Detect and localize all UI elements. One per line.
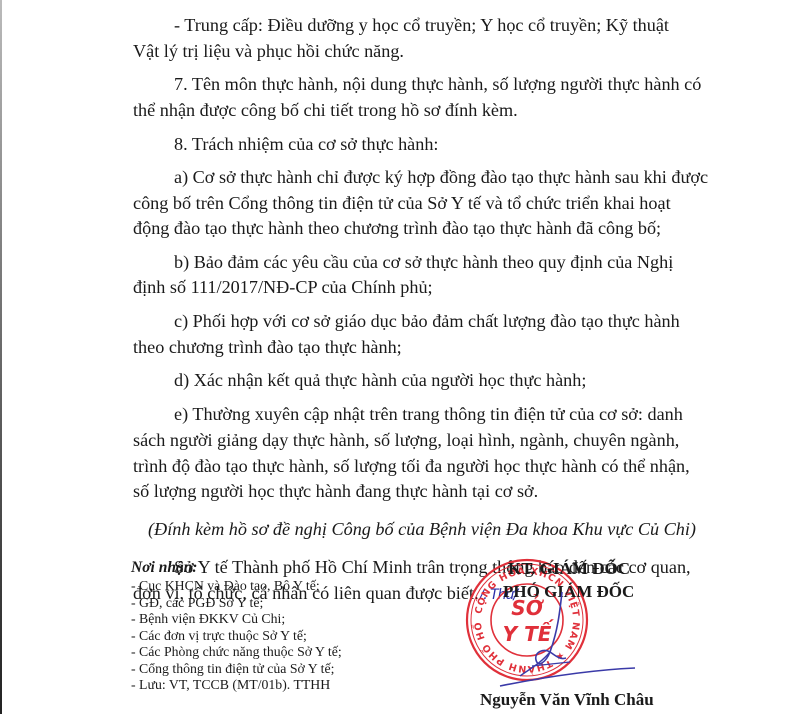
recipient-item: - Các đơn vị trực thuộc Sở Y tế;: [131, 628, 342, 645]
text-line: - Trung cấp: Điều dưỡng y học cổ truyền;…: [174, 14, 665, 36]
text-line: sách người giảng dạy thực hành, số lượng…: [133, 429, 665, 451]
signer-name: Nguyễn Văn Vĩnh Châu: [480, 690, 654, 710]
handwritten-signature-icon: [480, 590, 640, 690]
recipient-item: - Cổng thông tin điện tử của Sở Y tế;: [131, 661, 342, 678]
recipient-item: - Bệnh viện ĐKKV Củ Chi;: [131, 611, 342, 628]
signature-title-1: KT. GIÁM ĐỐC: [508, 559, 630, 579]
text-line: b) Bảo đảm các yêu cầu của cơ sở thực hà…: [174, 251, 665, 273]
text-line: động đào tạo thực hành theo chương trình…: [133, 217, 665, 239]
text-line: trình độ đào tạo thực hành, số lượng tối…: [133, 455, 665, 477]
recipient-item: - GĐ, các PGĐ Sở Y tế;: [131, 595, 342, 612]
recipients-title: Nơi nhận:: [131, 558, 342, 578]
signature-block: KT. GIÁM ĐỐC PHÓ GIÁM ĐỐC CỘNG HOÀ XHCN …: [440, 540, 796, 714]
text-line: thể nhận được công bố chi tiết trong hồ …: [133, 99, 665, 121]
text-line: c) Phối hợp với cơ sở giáo dục bảo đảm c…: [174, 310, 665, 332]
text-line: a) Cơ sở thực hành chỉ được ký hợp đồng …: [174, 166, 665, 188]
text-line: số lượng người học thực hành đang thực h…: [133, 480, 665, 502]
text-line: 7. Tên môn thực hành, nội dung thực hành…: [174, 73, 665, 95]
section-heading: 8. Trách nhiệm của cơ sở thực hành:: [174, 133, 665, 155]
text-line: d) Xác nhận kết quả thực hành của người …: [174, 369, 665, 391]
recipient-item: - Lưu: VT, TCCB (MT/01b). TTHH: [131, 677, 342, 694]
text-line: công bố trên Cổng thông tin điện tử của …: [133, 192, 665, 214]
recipient-item: - Các Phòng chức năng thuộc Sở Y tế;: [131, 644, 342, 661]
text-line: định số 111/2017/NĐ-CP của Chính phủ;: [133, 276, 665, 298]
text-line: theo chương trình đào tạo thực hành;: [133, 336, 665, 358]
recipient-item: - Cục KHCN và Đào tạo, Bộ Y tế;: [131, 578, 342, 595]
text-line: e) Thường xuyên cập nhật trên trang thôn…: [174, 403, 665, 425]
recipients-block: Nơi nhận: - Cục KHCN và Đào tạo, Bộ Y tế…: [131, 558, 342, 694]
text-line: Vật lý trị liệu và phục hồi chức năng.: [133, 40, 665, 62]
attachment-note: (Đính kèm hồ sơ đề nghị Công bố của Bệnh…: [148, 518, 708, 540]
